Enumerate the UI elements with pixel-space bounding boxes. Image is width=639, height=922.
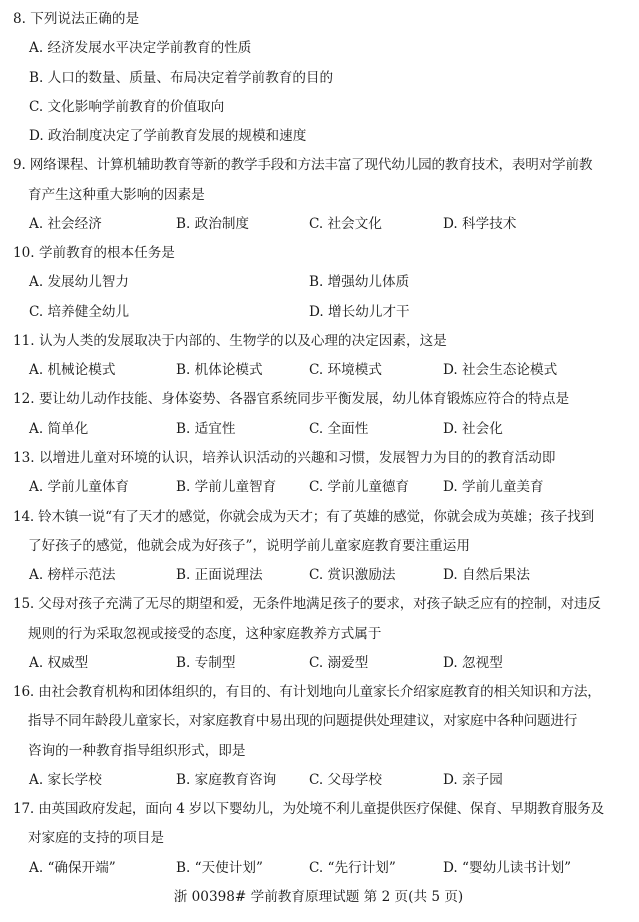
option-d: D. “婴幼儿读书计划” (443, 854, 571, 883)
option-a: A. 榜样示范法 (29, 561, 115, 590)
option-b: B. 适宜性 (176, 415, 235, 444)
options-row: A. 家长学校 B. 家庭教育咨询 C. 父母学校 D. 亲子园 (0, 766, 639, 795)
question-stem-continued: 规则的行为采取忽视或接受的态度，这种家庭教养方式属于 (0, 620, 639, 649)
option-b: B. 机体论模式 (176, 356, 263, 385)
question-10: 10. 学前教育的根本任务是 A. 发展幼儿智力 B. 增强幼儿体质 C. 培养… (0, 239, 639, 327)
question-stem-continued: 咨询的一种教育指导组织形式，即是 (0, 737, 639, 766)
option-a: A. 家长学校 (29, 766, 102, 795)
options-row: A. 学前儿童体育 B. 学前儿童智育 C. 学前儿童德育 D. 学前儿童美育 (0, 473, 639, 502)
question-stem-continued: 对家庭的支持的项目是 (0, 824, 639, 853)
option-d: D. 政治制度决定了学前教育发展的规模和速度 (0, 122, 639, 151)
question-15: 15. 父母对孩子充满了无尽的期望和爱，无条件地满足孩子的要求，对孩子缺乏应有的… (0, 590, 639, 678)
page-footer: 浙 00398# 学前教育原理试题 第 2 页(共 5 页) (0, 885, 639, 909)
option-a: A. 机械论模式 (29, 356, 115, 385)
option-c: C. 全面性 (309, 415, 368, 444)
option-d: D. 亲子园 (443, 766, 503, 795)
option-c: C. 培养健全幼儿 (29, 298, 129, 327)
question-13: 13. 以增进儿童对环境的认识，培养认识活动的兴趣和习惯，发展智力为目的的教育活… (0, 444, 639, 503)
option-c: C. 溺爱型 (309, 649, 368, 678)
option-a: A. 社会经济 (29, 210, 102, 239)
option-a: A. 权威型 (29, 649, 88, 678)
options-row: A. 社会经济 B. 政治制度 C. 社会文化 D. 科学技术 (0, 210, 639, 239)
option-b: B. 人口的数量、质量、布局决定着学前教育的目的 (0, 64, 639, 93)
question-stem-continued: 了好孩子的感觉，他就会成为好孩子”，说明学前儿童家庭教育要注重运用 (0, 532, 639, 561)
option-a: A. 经济发展水平决定学前教育的性质 (0, 34, 639, 63)
option-d: D. 增长幼儿才干 (309, 298, 410, 327)
question-17: 17. 由英国政府发起，面向 4 岁以下婴幼儿，为处境不利儿童提供医疗保健、保育… (0, 795, 639, 883)
option-d: D. 自然后果法 (443, 561, 530, 590)
options-row: C. 培养健全幼儿 D. 增长幼儿才干 (0, 298, 639, 327)
question-9: 9. 网络课程、计算机辅助教育等新的教学手段和方法丰富了现代幼儿园的教育技术，表… (0, 151, 639, 239)
option-a: A. 学前儿童体育 (29, 473, 129, 502)
option-c: C. 赏识激励法 (309, 561, 396, 590)
question-stem: 12. 要让幼儿动作技能、身体姿势、各器官系统同步平衡发展，幼儿体育锻炼应符合的… (0, 385, 639, 414)
options-row: A. 榜样示范法 B. 正面说理法 C. 赏识激励法 D. 自然后果法 (0, 561, 639, 590)
question-stem: 16. 由社会教育机构和团体组织的，有目的、有计划地向儿童家长介绍家庭教育的相关… (0, 678, 639, 707)
question-11: 11. 认为人类的发展取决于内部的、生物学的以及心理的决定因素，这是 A. 机械… (0, 327, 639, 386)
options-row: A. 权威型 B. 专制型 C. 溺爱型 D. 忽视型 (0, 649, 639, 678)
option-c: C. 社会文化 (309, 210, 382, 239)
options-row: A. “确保开端” B. “天使计划” C. “先行计划” D. “婴幼儿读书计… (0, 854, 639, 883)
option-b: B. 政治制度 (176, 210, 249, 239)
question-8: 8. 下列说法正确的是 A. 经济发展水平决定学前教育的性质 B. 人口的数量、… (0, 5, 639, 151)
option-c: C. 文化影响学前教育的价值取向 (0, 93, 639, 122)
option-b: B. 专制型 (176, 649, 235, 678)
option-c: C. 学前儿童德育 (309, 473, 409, 502)
options-row: A. 发展幼儿智力 B. 增强幼儿体质 (0, 268, 639, 297)
option-b: B. 家庭教育咨询 (176, 766, 276, 795)
option-b: B. 正面说理法 (176, 561, 263, 590)
question-stem-continued: 育产生这种重大影响的因素是 (0, 181, 639, 210)
option-c: C. “先行计划” (309, 854, 396, 883)
option-a: A. 发展幼儿智力 (29, 268, 129, 297)
question-stem: 14. 铃木镇一说“有了天才的感觉，你就会成为天才；有了英雄的感觉，你就会成为英… (0, 503, 639, 532)
option-d: D. 社会化 (443, 415, 503, 444)
option-a: A. “确保开端” (29, 854, 116, 883)
option-c: C. 父母学校 (309, 766, 382, 795)
option-d: D. 学前儿童美育 (443, 473, 544, 502)
options-row: A. 机械论模式 B. 机体论模式 C. 环境模式 D. 社会生态论模式 (0, 356, 639, 385)
option-d: D. 科学技术 (443, 210, 516, 239)
option-b: B. 学前儿童智育 (176, 473, 276, 502)
option-c: C. 环境模式 (309, 356, 382, 385)
question-stem-continued: 指导不同年龄段儿童家长，对家庭教育中易出现的问题提供处理建议，对家庭中各种问题进… (0, 707, 639, 736)
options-row: A. 简单化 B. 适宜性 C. 全面性 D. 社会化 (0, 415, 639, 444)
question-stem: 10. 学前教育的根本任务是 (0, 239, 639, 268)
option-a: A. 简单化 (29, 415, 88, 444)
question-stem: 8. 下列说法正确的是 (0, 5, 639, 34)
question-16: 16. 由社会教育机构和团体组织的，有目的、有计划地向儿童家长介绍家庭教育的相关… (0, 678, 639, 795)
option-d: D. 忽视型 (443, 649, 503, 678)
option-b: B. 增强幼儿体质 (309, 268, 409, 297)
question-12: 12. 要让幼儿动作技能、身体姿势、各器官系统同步平衡发展，幼儿体育锻炼应符合的… (0, 385, 639, 444)
option-b: B. “天使计划” (176, 854, 263, 883)
question-stem: 9. 网络课程、计算机辅助教育等新的教学手段和方法丰富了现代幼儿园的教育技术，表… (0, 151, 639, 180)
question-stem: 15. 父母对孩子充满了无尽的期望和爱，无条件地满足孩子的要求，对孩子缺乏应有的… (0, 590, 639, 619)
exam-page: 8. 下列说法正确的是 A. 经济发展水平决定学前教育的性质 B. 人口的数量、… (0, 5, 639, 883)
question-stem: 13. 以增进儿童对环境的认识，培养认识活动的兴趣和习惯，发展智力为目的的教育活… (0, 444, 639, 473)
option-d: D. 社会生态论模式 (443, 356, 557, 385)
question-stem: 17. 由英国政府发起，面向 4 岁以下婴幼儿，为处境不利儿童提供医疗保健、保育… (0, 795, 639, 824)
page-footer-text: 浙 00398# 学前教育原理试题 第 2 页(共 5 页) (174, 885, 464, 909)
question-stem: 11. 认为人类的发展取决于内部的、生物学的以及心理的决定因素，这是 (0, 327, 639, 356)
question-14: 14. 铃木镇一说“有了天才的感觉，你就会成为天才；有了英雄的感觉，你就会成为英… (0, 503, 639, 591)
